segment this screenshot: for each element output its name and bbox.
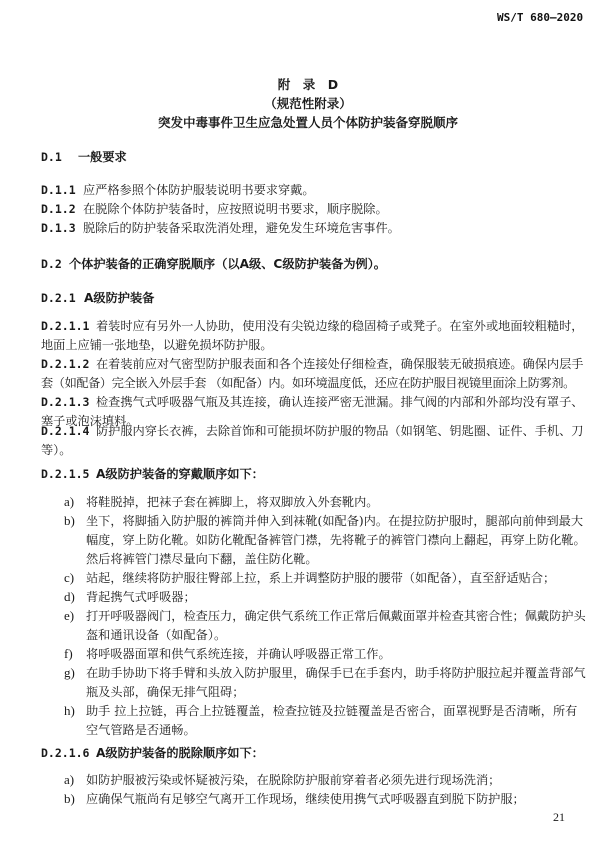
list-text: 应确保气瓶尚有足够空气离开工作现场，继续使用携气式呼吸器直到脱下防护服； — [86, 792, 525, 806]
removal-list-item-a: a)如防护服被污染或怀疑被污染，在脱除防护服前穿着者必须先进行现场洗消； — [64, 772, 500, 788]
removal-list-item-b: b)应确保气瓶尚有足够空气离开工作现场，继续使用携气式呼吸器直到脱下防护服； — [64, 791, 525, 807]
list-label: d) — [64, 589, 86, 605]
clause-text: 脱除后的防护装备采取洗消处理，避免发生环境危害事件。 — [83, 221, 400, 235]
clause-d211: D.2.1.1着装时应有另外一人协助，使用没有尖锐边缘的稳固椅子或凳子。在室外或… — [41, 318, 584, 334]
list-label: a) — [64, 772, 86, 788]
section-number: D.2 — [41, 256, 69, 272]
clause-d1-2: D.1.2在脱除个体防护装备时，应按照说明书要求，顺序脱除。 — [41, 201, 388, 217]
section-title: 一般要求 — [78, 150, 127, 164]
list-text-continued: 空气管路是否通畅。 — [86, 722, 196, 738]
clause-number: D.1.2 — [41, 201, 83, 217]
list-text-continued: 盔和通讯设备（如配备）。 — [86, 627, 226, 643]
list-item-a: a)将鞋脱掉，把袜子套在裤脚上，将双脚放入外套靴内。 — [64, 494, 379, 510]
list-item-f: f)将呼吸器面罩和供气系统连接，并确认呼吸器正常工作。 — [64, 646, 391, 662]
document-code: WS/T 680—2020 — [497, 10, 583, 26]
list-text: 站起，继续将防护服往臀部上拉，系上并调整防护服的腰带（如配备），直至舒适贴合； — [86, 571, 555, 585]
clause-title: A级防护装备的穿戴顺序如下： — [96, 467, 264, 481]
clause-text-continued: 套（如配备）完全嵌入外层手套 （如配备）内。如环境温度低，还应在防护服目视镜里面… — [41, 375, 575, 391]
list-text-continued: 瓶及头部，确保无排气阻碍； — [86, 684, 244, 700]
appendix-label: 附 录 D — [0, 77, 616, 93]
list-item-c: c)站起，继续将防护服往臀部上拉，系上并调整防护服的腰带（如配备），直至舒适贴合… — [64, 570, 555, 586]
list-label: f) — [64, 646, 86, 662]
section-number: D.2.1 — [41, 290, 84, 306]
list-text: 如防护服被污染或怀疑被污染，在脱除防护服前穿着者必须先进行现场洗消； — [86, 773, 500, 787]
clause-text: 在着装前应对气密型防护服表面和各个连接处仔细检查，确保服装无破损痕迹。确保内层手 — [96, 357, 584, 371]
clause-d213: D.2.1.3检查携气式呼吸器气瓶及其连接，确认连接严密无泄漏。排气阀的内部和外… — [41, 394, 584, 410]
list-item-b: b)坐下，将脚插入防护服的裤筒并伸入到袜靴(如配备)内。在提拉防护服时，腿部向前… — [64, 513, 583, 529]
clause-heading-d215: D.2.1.5A级防护装备的穿戴顺序如下： — [41, 466, 264, 482]
list-label: b) — [64, 513, 86, 529]
clause-number: D.2.1.4 — [41, 423, 96, 439]
appendix-title: 突发中毒事件卫生应急处置人员个体防护装备穿脱顺序 — [0, 115, 616, 131]
list-text-continued: 然后将裤管门襟尽量向下翻，盖住防化靴。 — [86, 551, 318, 567]
list-item-d: d)背起携气式呼吸器； — [64, 589, 196, 605]
clause-number: D.1.3 — [41, 220, 83, 236]
appendix-type: （规范性附录） — [0, 96, 616, 112]
list-label: h) — [64, 703, 86, 719]
clause-number: D.2.1.1 — [41, 318, 96, 334]
list-label: c) — [64, 570, 86, 586]
list-text: 打开呼吸器阀门，检查压力，确定供气系统工作正常后佩戴面罩并检查其密合性；佩戴防护… — [86, 609, 586, 623]
list-text: 背起携气式呼吸器； — [86, 590, 196, 604]
list-text: 将鞋脱掉，把袜子套在裤脚上，将双脚放入外套靴内。 — [86, 495, 379, 509]
clause-d214: D.2.1.4防护服内穿长衣裤，去除首饰和可能损坏防护服的物品（如钢笔、钥匙圈、… — [41, 423, 584, 439]
clause-text-continued: 等）。 — [41, 442, 71, 458]
section-title: A级防护装备 — [84, 291, 154, 305]
list-text: 将呼吸器面罩和供气系统连接，并确认呼吸器正常工作。 — [86, 647, 391, 661]
clause-number: D.2.1.5 — [41, 466, 96, 482]
list-text: 在助手协助下将手臂和头放入防护服里，确保手已在手套内，助手将防护服拉起并覆盖背部… — [86, 666, 586, 680]
section-number: D.1 — [41, 149, 78, 165]
clause-text-continued: 地面上应铺一张地垫，以避免损坏防护服。 — [41, 337, 273, 353]
section-title: 个体护装备的正确穿脱顺序（以A级、C级防护装备为例）。 — [69, 257, 386, 271]
clause-text: 检查携气式呼吸器气瓶及其连接，确认连接严密无泄漏。排气阀的内部和外部均没有罩子、 — [96, 395, 584, 409]
list-text: 坐下，将脚插入防护服的裤筒并伸入到袜靴(如配备)内。在提拉防护服时，腿部向前伸到… — [86, 514, 583, 528]
list-label: e) — [64, 608, 86, 624]
section-heading-d1: D.1一般要求 — [41, 149, 127, 165]
clause-text: 在脱除个体防护装备时，应按照说明书要求，顺序脱除。 — [83, 202, 388, 216]
section-heading-d2: D.2个体护装备的正确穿脱顺序（以A级、C级防护装备为例）。 — [41, 256, 386, 272]
list-item-h: h)助手 拉上拉链，再合上拉链覆盖，检查拉链及拉链覆盖是否密合，面罩视野是否清晰… — [64, 703, 577, 719]
clause-text: 应严格参照个体防护服装说明书要求穿戴。 — [83, 183, 315, 197]
clause-d1-1: D.1.1应严格参照个体防护服装说明书要求穿戴。 — [41, 182, 315, 198]
list-item-e: e)打开呼吸器阀门，检查压力，确定供气系统工作正常后佩戴面罩并检查其密合性；佩戴… — [64, 608, 586, 624]
list-label: b) — [64, 791, 86, 807]
clause-number: D.2.1.6 — [41, 745, 96, 761]
list-text-continued: 幅度，穿上防化靴。如防化靴配备裤管门襟，先将靴子的裤管门襟向上翻起，再穿上防化靴… — [86, 532, 586, 548]
clause-title: A级防护装备的脱除顺序如下： — [96, 746, 264, 760]
clause-d1-3: D.1.3脱除后的防护装备采取洗消处理，避免发生环境危害事件。 — [41, 220, 400, 236]
clause-number: D.2.1.2 — [41, 356, 96, 372]
clause-number: D.2.1.3 — [41, 394, 96, 410]
clause-text: 防护服内穿长衣裤，去除首饰和可能损坏防护服的物品（如钢笔、钥匙圈、证件、手机、刀 — [96, 424, 584, 438]
clause-d212: D.2.1.2在着装前应对气密型防护服表面和各个连接处仔细检查，确保服装无破损痕… — [41, 356, 584, 372]
list-label: a) — [64, 494, 86, 510]
list-label: g) — [64, 665, 86, 681]
clause-number: D.1.1 — [41, 182, 83, 198]
clause-heading-d216: D.2.1.6A级防护装备的脱除顺序如下： — [41, 745, 264, 761]
list-item-g: g)在助手协助下将手臂和头放入防护服里，确保手已在手套内，助手将防护服拉起并覆盖… — [64, 665, 586, 681]
list-text: 助手 拉上拉链，再合上拉链覆盖，检查拉链及拉链覆盖是否密合，面罩视野是否清晰，所… — [86, 704, 577, 718]
clause-text: 着装时应有另外一人协助，使用没有尖锐边缘的稳固椅子或凳子。在室外或地面较粗糙时， — [96, 319, 584, 333]
subsection-heading-d21: D.2.1A级防护装备 — [41, 290, 154, 306]
page-number: 21 — [553, 809, 565, 825]
